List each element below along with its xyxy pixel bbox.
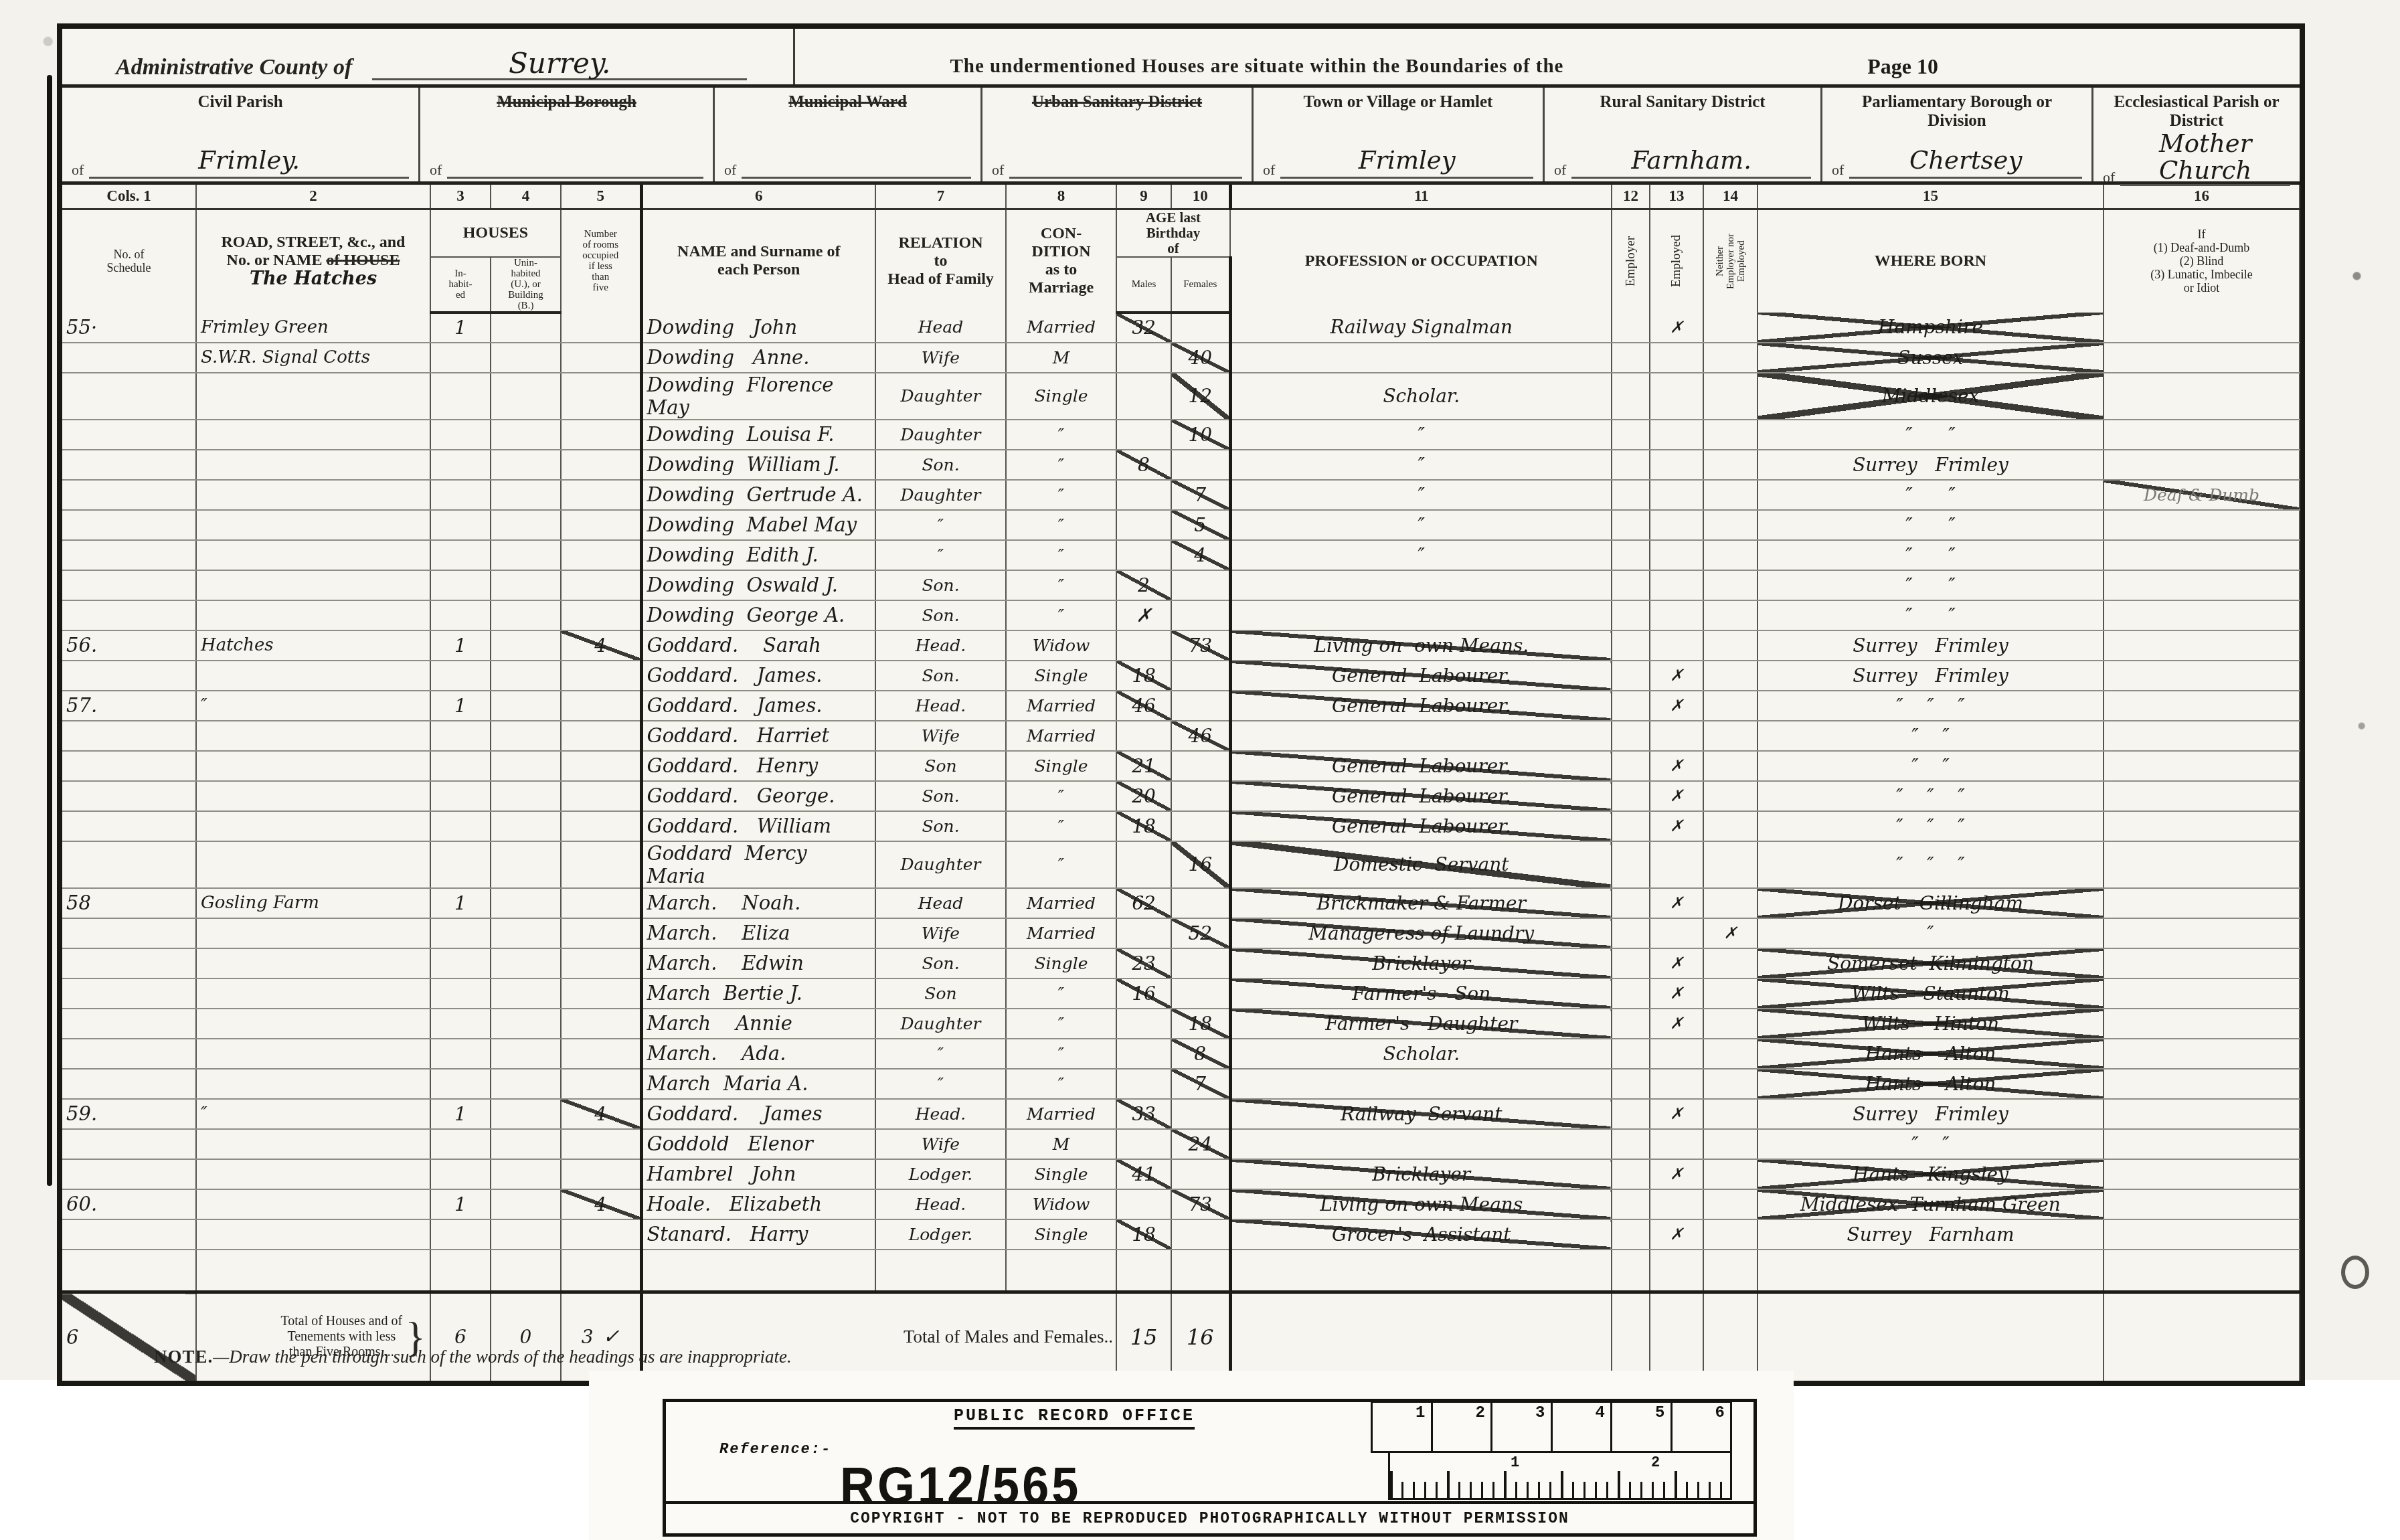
cell-m14 — [1703, 781, 1758, 811]
cell-o — [1230, 1129, 1612, 1159]
cell-m14 — [1703, 1129, 1758, 1159]
cell-af — [1171, 661, 1230, 691]
cell-m12 — [1612, 811, 1650, 841]
cell-b: ″ ″ ″ — [1758, 781, 2104, 811]
copyright-notice: COPYRIGHT - NOT TO BE REPRODUCED PHOTOGR… — [666, 1501, 1753, 1533]
table-row: March. Ada.″″8Scholar.Hants Alton — [62, 1039, 2300, 1069]
totals-females: 16 — [1171, 1292, 1230, 1381]
table-row: Dowding Florence MayDaughterSingle12Scho… — [62, 373, 2300, 420]
cell-am — [1116, 510, 1171, 540]
cell-m14 — [1703, 570, 1758, 600]
cell-n: Dowding Oswald J. — [641, 570, 875, 600]
table-row: S.W.R. Signal CottsDowding Anne.WifeM40S… — [62, 343, 2300, 373]
cell-inf — [2104, 1069, 2300, 1099]
cell-rel: ″ — [875, 1039, 1006, 1069]
page-number: Page 10 — [1867, 54, 1938, 79]
field-municipal-borough: Municipal Borough of — [420, 88, 715, 181]
census-scan-page: { "page_header": { "admin_county_label":… — [0, 0, 2400, 1540]
col-number: 6 — [641, 185, 875, 209]
table-row: Goddard. HenrySonSingle21General Laboure… — [62, 751, 2300, 781]
cell-m12 — [1612, 918, 1650, 948]
cell-r: 4 — [561, 1189, 641, 1219]
table-row: Dowding Louisa F.Daughter″10″″ ″ — [62, 420, 2300, 450]
cell-empty — [2104, 1250, 2300, 1292]
table-row: March Bertie J.Son″16Farmer's Son✗Wilts … — [62, 978, 2300, 1009]
cell-n: Goddard Mercy Maria — [641, 841, 875, 888]
cell-i: 1 — [430, 313, 491, 343]
cell-r — [561, 1039, 641, 1069]
field-value — [1009, 147, 1242, 179]
cell-n: Dowding Anne. — [641, 343, 875, 373]
cell-m12 — [1612, 600, 1650, 630]
cell-empty — [875, 1250, 1006, 1292]
field-value — [742, 147, 971, 179]
cell-s — [62, 978, 196, 1009]
header-age-males: Males — [1116, 257, 1171, 313]
cell-a: ″ — [196, 1099, 430, 1129]
cell-a: Hatches — [196, 630, 430, 661]
cell-c: ″ — [1006, 781, 1116, 811]
cell-n: Dowding Louisa F. — [641, 420, 875, 450]
cell-m14 — [1703, 373, 1758, 420]
of-label: of — [1263, 161, 1275, 179]
cell-af — [1171, 1219, 1230, 1250]
table-row: Dowding Mabel May″″5″″ ″ — [62, 510, 2300, 540]
cell-m14 — [1703, 811, 1758, 841]
cell-c: M — [1006, 1129, 1116, 1159]
cell-o: ″ — [1230, 510, 1612, 540]
cell-u — [491, 841, 561, 888]
cell-u — [491, 1159, 561, 1189]
cell-rel: Head. — [875, 630, 1006, 661]
cell-b: Surrey Frimley — [1758, 1099, 2104, 1129]
administrative-county-field: Administrative County of Surrey. — [62, 29, 795, 84]
cell-inf — [2104, 450, 2300, 480]
footnote: NOTE.—Draw the pen through such of the w… — [154, 1347, 792, 1367]
col-number: 16 — [2104, 185, 2300, 209]
cell-s — [62, 570, 196, 600]
cell-am — [1116, 721, 1171, 751]
ruler-cm-label: 1 — [1511, 1454, 1519, 1471]
cell-a — [196, 918, 430, 948]
cell-a — [196, 600, 430, 630]
cell-o: General Labourer. — [1230, 691, 1612, 721]
cell-inf — [2104, 721, 2300, 751]
cell-i — [430, 781, 491, 811]
cell-inf — [2104, 630, 2300, 661]
table-row: Goddard. James.Son.Single18General Labou… — [62, 661, 2300, 691]
cell-b: Wilts Staunton — [1758, 978, 2104, 1009]
cell-a — [196, 1039, 430, 1069]
cell-empty — [1230, 1250, 1612, 1292]
cell-am: 33 — [1116, 1099, 1171, 1129]
cell-b: ″ — [1758, 918, 2104, 948]
col-number: 9 — [1116, 185, 1171, 209]
cell-u — [491, 450, 561, 480]
cell-o: Living on own Means. — [1230, 630, 1612, 661]
cell-empty — [561, 1250, 641, 1292]
cell-b: ″ ″ — [1758, 420, 2104, 450]
cell-n: March Maria A. — [641, 1069, 875, 1099]
field-urban-sanitary-district: Urban Sanitary District of — [982, 88, 1254, 181]
cell-b: Somerset Kilmington — [1758, 948, 2104, 978]
ruler-cm-label: 2 — [1651, 1454, 1660, 1471]
public-record-office-label: PUBLIC RECORD OFFICE — [954, 1406, 1195, 1430]
cell-inf — [2104, 1099, 2300, 1129]
cell-rel: Son. — [875, 661, 1006, 691]
cell-b: Wilts Hinton — [1758, 1009, 2104, 1039]
cell-b: Hants Alton — [1758, 1039, 2104, 1069]
field-town-village-hamlet: Town or Village or Hamlet ofFrimley — [1254, 88, 1545, 181]
cell-i — [430, 343, 491, 373]
cell-b: Hampshire — [1758, 313, 2104, 343]
cell-m12 — [1612, 343, 1650, 373]
of-label: of — [1832, 161, 1844, 179]
cell-o: Scholar. — [1230, 373, 1612, 420]
field-municipal-ward: Municipal Ward of — [715, 88, 982, 181]
cell-n: March. Ada. — [641, 1039, 875, 1069]
scan-hole-mark — [2341, 1256, 2369, 1289]
cell-n: Dowding Edith J. — [641, 540, 875, 570]
cell-m13: ✗ — [1650, 978, 1703, 1009]
cell-c: ″ — [1006, 540, 1116, 570]
cell-empty — [1650, 1250, 1703, 1292]
header-road-line1: ROAD, STREET, &c., and — [201, 234, 426, 252]
cell-n: Goddard. James — [641, 1099, 875, 1129]
ruler-inch-cell: 1 — [1373, 1403, 1433, 1451]
cell-af — [1171, 811, 1230, 841]
cell-am: 41 — [1116, 1159, 1171, 1189]
cell-u — [491, 721, 561, 751]
cell-m12 — [1612, 751, 1650, 781]
cell-am — [1116, 630, 1171, 661]
cell-s — [62, 420, 196, 450]
cell-a — [196, 811, 430, 841]
field-ecclesiastical-parish: Ecclesiastical Parish or District ofMoth… — [2093, 88, 2300, 181]
cell-inf — [2104, 313, 2300, 343]
cell-rel: ″ — [875, 1069, 1006, 1099]
table-row: 60.14Hoale. ElizabethHead.Widow73Living … — [62, 1189, 2300, 1219]
cell-c: Married — [1006, 1099, 1116, 1129]
cell-af: 12 — [1171, 373, 1230, 420]
cell-af — [1171, 570, 1230, 600]
cell-am: 23 — [1116, 948, 1171, 978]
header-condition: CON- DITION as to Marriage — [1006, 209, 1116, 313]
cell-r — [561, 721, 641, 751]
cell-u — [491, 373, 561, 420]
cell-b: Surrey Frimley — [1758, 450, 2104, 480]
cell-m14 — [1703, 510, 1758, 540]
cell-c: Widow — [1006, 1189, 1116, 1219]
cell-am — [1116, 918, 1171, 948]
cell-af — [1171, 781, 1230, 811]
cell-a — [196, 510, 430, 540]
cell-b: ″ ″ — [1758, 570, 2104, 600]
table-row: March. EdwinSon.Single23Bricklayer✗Somer… — [62, 948, 2300, 978]
cell-r — [561, 751, 641, 781]
footnote-text: —Draw the pen through such of the words … — [213, 1347, 791, 1367]
cell-af: 52 — [1171, 918, 1230, 948]
cell-b: ″ ″ ″ — [1758, 691, 2104, 721]
cell-m12 — [1612, 888, 1650, 918]
cell-c: Married — [1006, 313, 1116, 343]
cell-u — [491, 1219, 561, 1250]
cell-a — [196, 540, 430, 570]
cell-m14 — [1703, 313, 1758, 343]
cell-n: March. Eliza — [641, 918, 875, 948]
cell-m14 — [1703, 1189, 1758, 1219]
of-label: of — [72, 161, 84, 179]
cell-a — [196, 1189, 430, 1219]
cell-u — [491, 313, 561, 343]
cell-c: Single — [1006, 1159, 1116, 1189]
cell-r — [561, 570, 641, 600]
cell-m12 — [1612, 450, 1650, 480]
cell-rel: Head. — [875, 1099, 1006, 1129]
cell-inf — [2104, 570, 2300, 600]
cell-rel: Wife — [875, 343, 1006, 373]
cell-empty — [196, 1250, 430, 1292]
cell-c: Single — [1006, 373, 1116, 420]
cell-m13 — [1650, 510, 1703, 540]
table-row: Dowding Oswald J.Son.″2″ ″ — [62, 570, 2300, 600]
cell-u — [491, 540, 561, 570]
header-houses-group: HOUSES — [430, 209, 561, 257]
cell-i — [430, 1159, 491, 1189]
cell-m12 — [1612, 1219, 1650, 1250]
cell-o — [1230, 343, 1612, 373]
cell-r: 4 — [561, 630, 641, 661]
field-label: Urban Sanitary District — [992, 93, 1242, 112]
cell-m14 — [1703, 630, 1758, 661]
field-label: Parliamentary Borough or Division — [1832, 93, 2082, 131]
cell-af: 4 — [1171, 540, 1230, 570]
cell-af: 10 — [1171, 420, 1230, 450]
cell-a — [196, 841, 430, 888]
col-number: Cols. 1 — [62, 185, 196, 209]
ruler-inch-cell: 2 — [1433, 1403, 1493, 1451]
cell-s — [62, 721, 196, 751]
administrative-county-value: Surrey. — [372, 49, 747, 80]
cell-n: Goddard. Harriet — [641, 721, 875, 751]
cell-b: ″ ″ — [1758, 510, 2104, 540]
cell-m13 — [1650, 343, 1703, 373]
col-number: 15 — [1758, 185, 2104, 209]
cell-m13 — [1650, 480, 1703, 510]
cell-m12 — [1612, 691, 1650, 721]
cell-m12 — [1612, 630, 1650, 661]
cell-m13 — [1650, 420, 1703, 450]
cell-s — [62, 600, 196, 630]
cell-r — [561, 373, 641, 420]
col-number: 12 — [1612, 185, 1650, 209]
cell-r — [561, 313, 641, 343]
cell-u — [491, 1099, 561, 1129]
cell-inf — [2104, 510, 2300, 540]
cell-i — [430, 661, 491, 691]
cell-u — [491, 691, 561, 721]
header-infirmity: If (1) Deaf-and-Dumb (2) Blind (3) Lunat… — [2104, 209, 2300, 313]
cell-m13 — [1650, 721, 1703, 751]
cell-o: Brickmaker & Farmer — [1230, 888, 1612, 918]
cell-u — [491, 1009, 561, 1039]
cell-r — [561, 888, 641, 918]
cell-m14 — [1703, 1099, 1758, 1129]
cell-r — [561, 841, 641, 888]
cell-m14 — [1703, 1009, 1758, 1039]
cell-i — [430, 600, 491, 630]
of-label: of — [1554, 161, 1566, 179]
census-table: Cols. 1 2 3 4 5 6 7 8 9 10 11 12 13 14 1… — [62, 185, 2300, 1381]
header-profession: PROFESSION or OCCUPATION — [1230, 209, 1612, 313]
cell-m14 — [1703, 978, 1758, 1009]
cell-inf — [2104, 1159, 2300, 1189]
cell-s: 60. — [62, 1189, 196, 1219]
cell-m14 — [1703, 540, 1758, 570]
cell-a — [196, 1219, 430, 1250]
cell-n: Dowding Gertrude A. — [641, 480, 875, 510]
cell-s — [62, 781, 196, 811]
cell-a — [196, 480, 430, 510]
cell-c: Single — [1006, 661, 1116, 691]
cell-c: ″ — [1006, 480, 1116, 510]
cell-i — [430, 373, 491, 420]
cell-i — [430, 1219, 491, 1250]
cell-am — [1116, 420, 1171, 450]
cell-m13: ✗ — [1650, 313, 1703, 343]
cell-m12 — [1612, 1069, 1650, 1099]
cell-am — [1116, 1069, 1171, 1099]
cell-empty — [1758, 1250, 2104, 1292]
cell-am: 62 — [1116, 888, 1171, 918]
cell-af — [1171, 450, 1230, 480]
cell-inf — [2104, 661, 2300, 691]
cell-inf — [2104, 540, 2300, 570]
cell-i — [430, 540, 491, 570]
cell-am — [1116, 480, 1171, 510]
col-number: 2 — [196, 185, 430, 209]
cell-u — [491, 480, 561, 510]
header-name: NAME and Surname of each Person — [641, 209, 875, 313]
cell-c: Married — [1006, 691, 1116, 721]
cell-c: ″ — [1006, 420, 1116, 450]
cell-o: General Labourer. — [1230, 751, 1612, 781]
cell-m13: ✗ — [1650, 811, 1703, 841]
cell-r — [561, 420, 641, 450]
cell-am — [1116, 1039, 1171, 1069]
cell-i: 1 — [430, 1189, 491, 1219]
cell-rel: Son. — [875, 948, 1006, 978]
cell-c: Married — [1006, 888, 1116, 918]
cell-rel: Daughter — [875, 373, 1006, 420]
cell-rel: Wife — [875, 721, 1006, 751]
field-label: Town or Village or Hamlet — [1263, 93, 1533, 112]
cell-b: ″ ″ ″ — [1758, 811, 2104, 841]
cell-s — [62, 510, 196, 540]
table-row: 56.Hatches14Goddard. SarahHead.Widow73Li… — [62, 630, 2300, 661]
cell-m12 — [1612, 1099, 1650, 1129]
cell-af: 7 — [1171, 480, 1230, 510]
cell-r — [561, 918, 641, 948]
cell-m13: ✗ — [1650, 948, 1703, 978]
cell-r — [561, 480, 641, 510]
cell-o: Grocer's Assistant — [1230, 1219, 1612, 1250]
cell-m14 — [1703, 1069, 1758, 1099]
cell-rel: Son. — [875, 600, 1006, 630]
cell-af: 46 — [1171, 721, 1230, 751]
cell-n: Dowding William J. — [641, 450, 875, 480]
cell-rel: Head. — [875, 691, 1006, 721]
cell-o: Farmer's Daughter — [1230, 1009, 1612, 1039]
cell-m12 — [1612, 480, 1650, 510]
cell-o: Living on own Means — [1230, 1189, 1612, 1219]
cell-rel: Lodger. — [875, 1159, 1006, 1189]
cell-m13: ✗ — [1650, 781, 1703, 811]
cell-o — [1230, 721, 1612, 751]
cell-o: ″ — [1230, 540, 1612, 570]
cell-c: ″ — [1006, 1009, 1116, 1039]
cell-af — [1171, 948, 1230, 978]
cell-o — [1230, 570, 1612, 600]
cell-am — [1116, 540, 1171, 570]
cell-n: Hoale. Elizabeth — [641, 1189, 875, 1219]
cell-r — [561, 540, 641, 570]
cell-c: Single — [1006, 1219, 1116, 1250]
scan-edge-bar — [47, 75, 52, 1186]
cell-empty — [1116, 1250, 1171, 1292]
cell-b: Sussex — [1758, 343, 2104, 373]
cell-af: 73 — [1171, 1189, 1230, 1219]
cell-r — [561, 811, 641, 841]
cell-inf — [2104, 811, 2300, 841]
cell-c: Single — [1006, 948, 1116, 978]
cell-c: ″ — [1006, 811, 1116, 841]
cell-s — [62, 1129, 196, 1159]
cell-o: ″ — [1230, 450, 1612, 480]
cell-rel: Daughter — [875, 1009, 1006, 1039]
cell-m13 — [1650, 600, 1703, 630]
cell-inf — [2104, 1039, 2300, 1069]
cell-c: ″ — [1006, 570, 1116, 600]
cell-a — [196, 978, 430, 1009]
cell-n: Dowding Mabel May — [641, 510, 875, 540]
cell-o: Scholar. — [1230, 1039, 1612, 1069]
cell-b: Surrey Farnham — [1758, 1219, 2104, 1250]
cell-a — [196, 1009, 430, 1039]
cell-u — [491, 661, 561, 691]
cell-a — [196, 948, 430, 978]
cell-empty — [641, 1250, 875, 1292]
cell-a — [196, 1069, 430, 1099]
cell-inf — [2104, 1189, 2300, 1219]
cell-m14 — [1703, 1219, 1758, 1250]
cell-c: Married — [1006, 918, 1116, 948]
col-number: 4 — [491, 185, 561, 209]
cell-b: ″ ″ — [1758, 540, 2104, 570]
table-row: Hambrel JohnLodger.Single41Bricklayer✗Ha… — [62, 1159, 2300, 1189]
cell-r — [561, 1069, 641, 1099]
cell-n: March Bertie J. — [641, 978, 875, 1009]
cell-m12 — [1612, 1009, 1650, 1039]
cell-s: 56. — [62, 630, 196, 661]
cell-af — [1171, 313, 1230, 343]
cell-i — [430, 570, 491, 600]
cell-c: Widow — [1006, 630, 1116, 661]
field-value: Frimley. — [89, 147, 409, 179]
cell-empty — [430, 1250, 491, 1292]
cell-m13 — [1650, 540, 1703, 570]
cell-am: 16 — [1116, 978, 1171, 1009]
